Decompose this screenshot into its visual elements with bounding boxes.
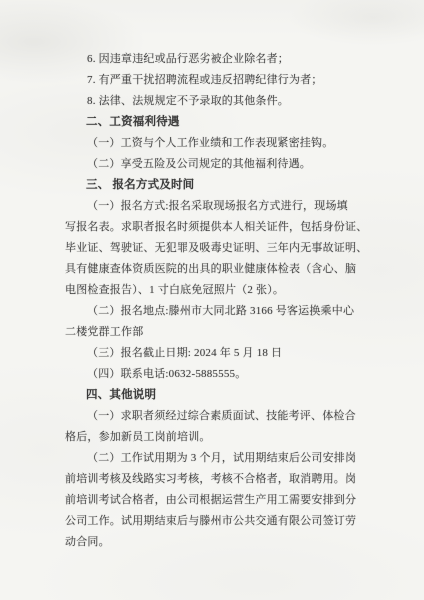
text-line: 8. 法律、法规规定不予录取的其他条件。 bbox=[65, 91, 370, 112]
text-line: 具有健康查体资质医院的出具的职业健康体检表（含心、脑 bbox=[65, 259, 370, 280]
text-line: 二楼党群工作部 bbox=[65, 322, 370, 343]
text-line: （二）工作试用期为 3 个月，试用期结束后公司安排岗 bbox=[65, 448, 370, 469]
section-heading: 四、其他说明 bbox=[65, 385, 370, 406]
text-line: （二）享受五险及公司规定的其他福利待遇。 bbox=[65, 154, 370, 175]
text-line: 电图检查报告）、1 寸白底免冠照片（2 张）。 bbox=[65, 280, 370, 301]
text-line: 动合同。 bbox=[65, 532, 370, 553]
text-line: 7. 有严重干扰招聘流程或违反招聘纪律行为者； bbox=[65, 70, 370, 91]
text-line: 毕业证、驾驶证、无犯罪及吸毒史证明、三年内无事故证明、 bbox=[65, 238, 370, 259]
text-line: （四）联系电话:0632-5885555。 bbox=[65, 364, 370, 385]
text-line: （一）求职者须经过综合素质面试、技能考评、体检合 bbox=[65, 406, 370, 427]
text-line: 前培训考核及线路实习考核，考核不合格者，取消聘用。岗 bbox=[65, 469, 370, 490]
text-line: 格后，参加新员工岗前培训。 bbox=[65, 427, 370, 448]
text-line: 公司工作。试用期结束后与滕州市公共交通有限公司签订劳 bbox=[65, 511, 370, 532]
text-line: （二）报名地点:滕州市大同北路 3166 号客运换乘中心 bbox=[65, 301, 370, 322]
text-line: 6. 因违章违纪或品行恶劣被企业除名者； bbox=[65, 49, 370, 70]
document-body: 6. 因违章违纪或品行恶劣被企业除名者；7. 有严重干扰招聘流程或违反招聘纪律行… bbox=[65, 49, 370, 553]
text-line: 前培训考试合格者，由公司根据运营生产用工需要安排到分 bbox=[65, 490, 370, 511]
document-page: 6. 因违章违纪或品行恶劣被企业除名者；7. 有严重干扰招聘流程或违反招聘纪律行… bbox=[0, 0, 424, 600]
section-heading: 三、 报名方式及时间 bbox=[65, 175, 370, 196]
text-line: （三）报名截止日期: 2024 年 5 月 18 日 bbox=[65, 343, 370, 364]
text-line: （一）工资与个人工作业绩和工作表现紧密挂钩。 bbox=[65, 133, 370, 154]
text-line: 写报名表。求职者报名时须提供本人相关证件，包括身份证、 bbox=[65, 217, 370, 238]
text-line: （一）报名方式:报名采取现场报名方式进行，现场填 bbox=[65, 196, 370, 217]
section-heading: 二、工资福利待遇 bbox=[65, 112, 370, 133]
